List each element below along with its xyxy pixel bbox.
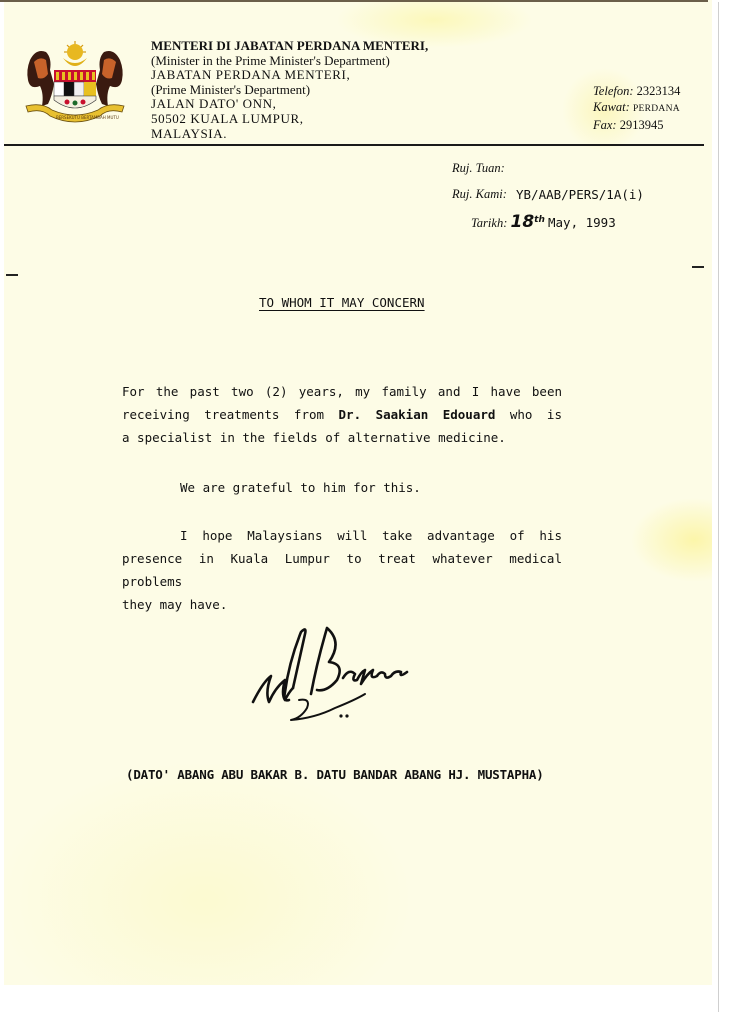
ruj-tuan-label: Ruj. Tuan: — [452, 161, 505, 175]
letterhead-city: 50502 KUALA LUMPUR, — [151, 112, 428, 127]
ruj-kami-label: Ruj. Kami: — [452, 187, 507, 201]
letterhead-title: MENTERI DI JABATAN PERDANA MENTERI, — [151, 39, 428, 54]
signature-icon — [245, 622, 425, 722]
letter-heading: TO WHOM IT MAY CONCERN — [259, 295, 425, 310]
letterhead-divider — [4, 144, 704, 146]
contact-block: Telefon: 2323134 Kawat: PERDANA Fax: 291… — [593, 83, 680, 133]
paragraph-1-text: receiving treatments from — [122, 407, 339, 422]
telefon-row: Telefon: 2323134 — [593, 83, 680, 99]
ruj-tuan-row: Ruj. Tuan: — [452, 160, 505, 176]
page-top-edge — [0, 0, 708, 2]
kawat-label: Kawat: — [593, 100, 630, 114]
paragraph-1: For the past two (2) years, my family an… — [122, 380, 562, 449]
tarikh-label: Tarikh: — [471, 216, 507, 230]
letterhead-title-english: (Minister in the Prime Minister's Depart… — [151, 54, 428, 69]
signatory-name: (DATO' ABANG ABU BAKAR B. DATU BANDAR AB… — [126, 767, 544, 782]
handwritten-day: 18 — [510, 212, 534, 232]
fold-mark-right — [692, 266, 704, 268]
ruj-kami-value: YB/AAB/PERS/1A(i) — [516, 187, 644, 202]
tarikh-row: Tarikh: 18th May, 1993 — [471, 212, 616, 232]
ruj-kami-row: Ruj. Kami: YB/AAB/PERS/1A(i) — [452, 187, 507, 202]
letterhead-department-english: (Prime Minister's Department) — [151, 83, 428, 98]
paragraph-3-line-2: presence in Kuala Lumpur to treat whatev… — [122, 547, 562, 593]
telefon-value: 2323134 — [637, 84, 681, 98]
coat-of-arms-icon: BERSEKUTU BERTAMBAH MUTU — [22, 40, 128, 126]
letterhead-address: MENTERI DI JABATAN PERDANA MENTERI, (Min… — [151, 39, 428, 141]
paragraph-2-text: We are grateful to him for this. — [180, 480, 421, 495]
fax-row: Fax: 2913945 — [593, 117, 680, 133]
telefon-label: Telefon: — [593, 84, 634, 98]
kawat-row: Kawat: PERDANA — [593, 99, 680, 117]
letterhead-country: MALAYSIA. — [151, 127, 428, 142]
fax-label: Fax: — [593, 118, 617, 132]
paragraph-1-line-2: receiving treatments from Dr. Saakian Ed… — [122, 403, 562, 426]
letterhead-street: JALAN DATO' ONN, — [151, 97, 428, 112]
fax-value: 2913945 — [620, 118, 664, 132]
kawat-value: PERDANA — [633, 104, 680, 114]
paragraph-3-line-3: they may have. — [122, 593, 562, 616]
svg-text:BERSEKUTU BERTAMBAH MUTU: BERSEKUTU BERTAMBAH MUTU — [56, 115, 119, 120]
fold-mark-left — [6, 274, 18, 276]
doctor-name: Dr. Saakian Edouard — [339, 407, 496, 422]
paragraph-2: We are grateful to him for this. — [122, 476, 562, 499]
paragraph-1-text-end: who is — [495, 407, 562, 422]
paragraph-3-line-1: I hope Malaysians will take advantage of… — [122, 524, 562, 547]
handwritten-day-suffix: th — [534, 215, 545, 225]
letterhead-department: JABATAN PERDANA MENTERI, — [151, 68, 428, 83]
paragraph-3: I hope Malaysians will take advantage of… — [122, 524, 562, 616]
paragraph-1-line-1: For the past two (2) years, my family an… — [122, 380, 562, 403]
tarikh-typed: May, 1993 — [548, 215, 616, 230]
paragraph-1-line-3: a specialist in the fields of alternativ… — [122, 426, 562, 449]
page-right-edge — [718, 2, 719, 1012]
